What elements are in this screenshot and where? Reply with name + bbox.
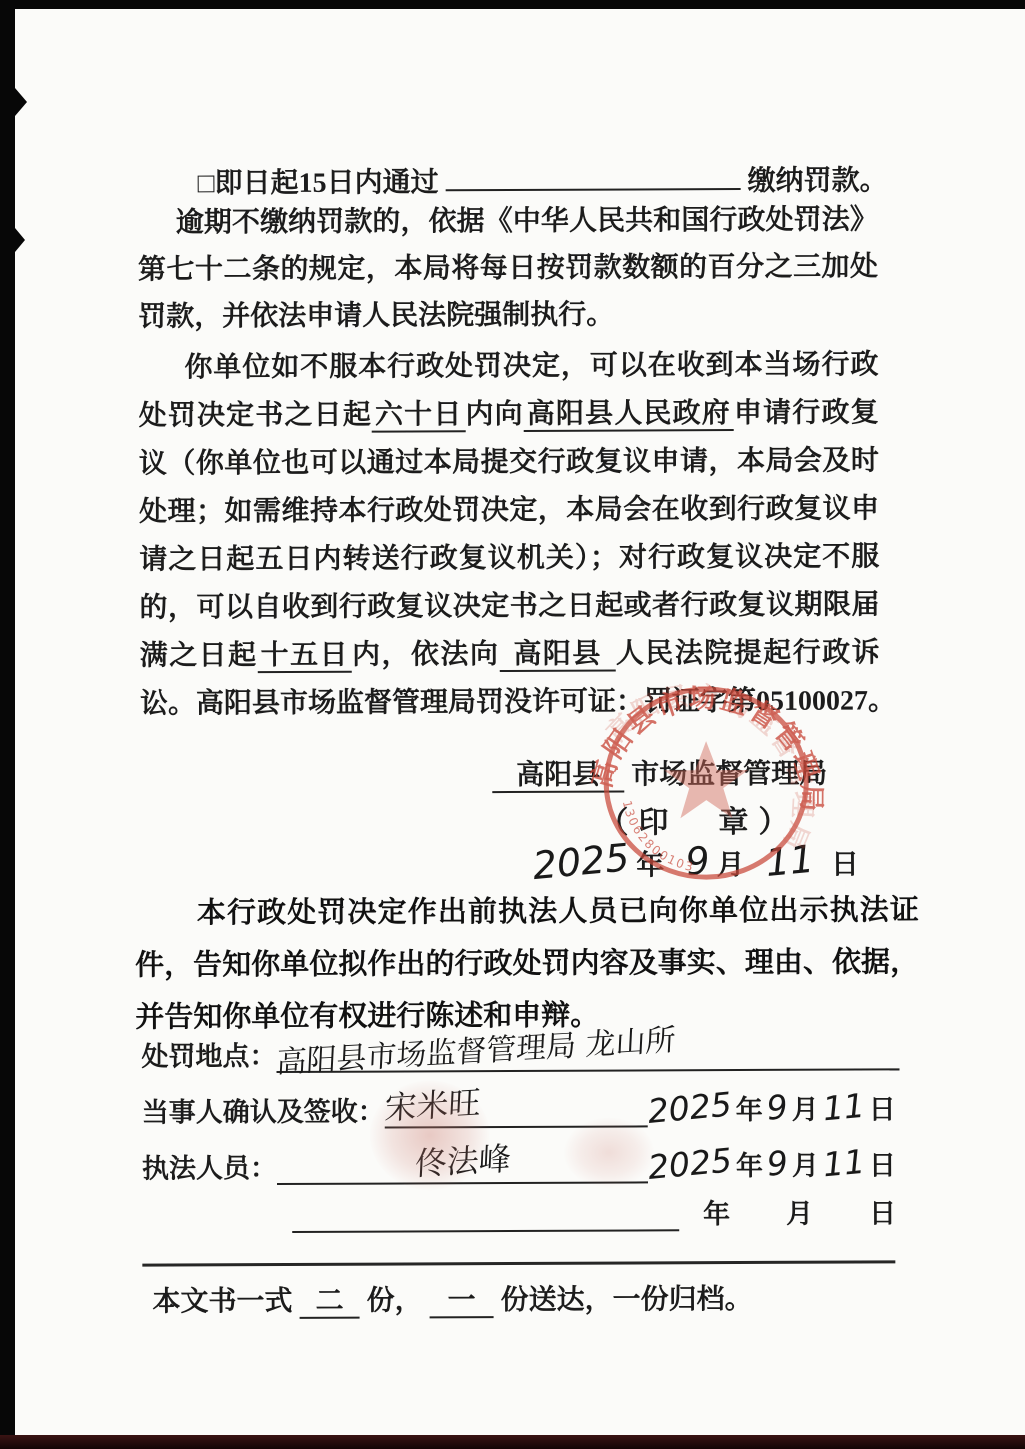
officer-date-year-label: 年 <box>736 1144 763 1183</box>
location-label: 处罚地点： <box>141 1034 276 1074</box>
footer-seg3: 份送达，一份归档。 <box>501 1284 753 1316</box>
officer-date-year: 2025 <box>646 1140 733 1187</box>
location-row: 处罚地点： 高阳县市场监督管理局 龙山所 <box>141 1030 899 1073</box>
appeal-seg2: 内向 <box>465 399 523 430</box>
officer-date-month: 9 <box>765 1143 789 1184</box>
scan-edge-bottom <box>0 1435 1025 1449</box>
blank-month-label: 月 <box>786 1192 813 1231</box>
blank-year-label: 年 <box>703 1192 730 1231</box>
checkbox-icon: □ <box>198 168 215 199</box>
officer-row: 执法人员： 佟法峰 2025 年 9 月 11 日 <box>142 1142 900 1185</box>
party-date-year: 2025 <box>646 1084 733 1131</box>
payment-line: □即日起15日内通过 缴纳罚款。 <box>198 153 888 201</box>
party-date-year-label: 年 <box>736 1088 763 1127</box>
footer-seg1: 本文书一式 <box>152 1286 292 1318</box>
decision-date-day-label: 日 <box>831 849 859 880</box>
blank-signature-line <box>292 1191 679 1233</box>
footer-copies: 二 <box>299 1286 359 1319</box>
footer-line: 本文书一式 二 份， 一 份送达，一份归档。 <box>152 1277 752 1320</box>
fingerprint-smudge <box>370 1080 490 1191</box>
footer-divider <box>142 1260 895 1266</box>
appeal-underlined-fifteen-days: 十五日 <box>258 640 353 673</box>
appeal-underlined-government: 高阳县人民政府 <box>524 398 734 432</box>
party-date-day: 11 <box>821 1086 866 1129</box>
seal-star-icon <box>664 741 748 818</box>
location-blank: 高阳县市场监督管理局 龙山所 <box>276 1030 899 1073</box>
official-seal: 高阳县市场监督管理局 高阳县市场监督管理局 13062800103 <box>588 665 825 902</box>
payment-method-blank <box>445 154 740 191</box>
officer-date-month-label: 月 <box>792 1144 819 1183</box>
party-date-month-label: 月 <box>792 1088 819 1127</box>
footer-delivered: 一 <box>429 1285 493 1318</box>
blank-day-label: 日 <box>869 1191 896 1230</box>
officer-date-day: 11 <box>821 1142 866 1185</box>
payment-line-suffix: 缴纳罚款。 <box>748 165 888 197</box>
overdue-paragraph: 逾期不缴纳罚款的，依据《中华人民共和国行政处罚法》第七十二条的规定，本局将每日按… <box>138 196 879 340</box>
party-label: 当事人确认及签收： <box>142 1090 385 1130</box>
officer-date-day-label: 日 <box>869 1143 896 1182</box>
party-date-day-label: 日 <box>869 1087 896 1126</box>
officer-label: 执法人员： <box>142 1146 277 1186</box>
scanned-document: □即日起15日内通过 缴纳罚款。 逾期不缴纳罚款的，依据《中华人民共和国行政处罚… <box>0 0 1025 1449</box>
document-content: □即日起15日内通过 缴纳罚款。 逾期不缴纳罚款的，依据《中华人民共和国行政处罚… <box>0 0 1025 1449</box>
party-date-month: 9 <box>765 1087 789 1128</box>
blank-officer-row: 年 月 日 <box>292 1190 900 1233</box>
party-row: 当事人确认及签收： 宋米旺 2025 年 9 月 11 日 <box>142 1086 900 1129</box>
appeal-seg3: 申请行政复议（你单位也可以通过本局提交行政复议申请，本局会及时处理；如需维持本行… <box>139 397 880 671</box>
payment-line-text: 即日起15日内通过 <box>214 167 438 199</box>
appeal-underlined-sixty-days: 六十日 <box>372 399 466 432</box>
fingerprint-smudge <box>564 1117 654 1187</box>
notice-paragraph: 本行政处罚决定作出前执法人员已向你单位出示执法证件，告知你单位拟作出的行政处罚内… <box>135 884 920 1043</box>
appeal-seg4: 内，依法向 <box>352 639 500 671</box>
footer-seg2: 份， <box>366 1285 422 1316</box>
